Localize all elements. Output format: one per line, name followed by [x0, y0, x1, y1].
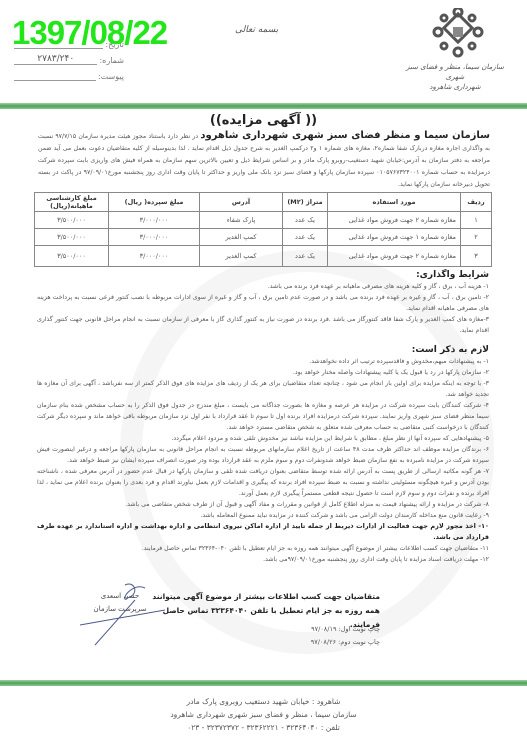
conditions-heading: شرایط واگذاری:: [37, 270, 489, 281]
footer-phone: تلفن : ۳۲۳۶۴۰۴۰ - ۳۲۳۶۲۲۲۱ - ۳۲۳۷۲۳۷۲ - …: [0, 721, 527, 734]
notes-section: لازم به ذکر است: ۱- به پیشنهادات مبهم،مخ…: [37, 345, 489, 565]
note-item: ۸- شرکت در مزایده و ارائه پیشنهاد قیمت ب…: [37, 499, 489, 510]
table-header: ردیف مورد استفاده متراژ (M۲) آدرس مبلغ س…: [35, 193, 492, 212]
note-item: ۲- سازمان پارکها در رد یا قبول یک یا کلی…: [37, 367, 489, 378]
signature-icon: [65, 580, 175, 650]
table-row: ۲ مغازه شماره ۱ جهت فروش مواد غذایی یک ع…: [35, 229, 492, 246]
footer-address: شاهرود : خیابان شهید دستغیب روبروی پارک …: [0, 695, 527, 708]
number-row: شماره: ۲۷۸۳/۲۴۰: [14, 49, 124, 65]
header-band: [0, 103, 527, 109]
print-date-first: چاپ نوبت اول: ۹۷/۰۸/۱۹: [270, 625, 380, 633]
note-item: ۱۱- متقاضیان جهت کسب اطلاعات بیشتر از مو…: [37, 543, 489, 554]
note-item: ۷- هر گونه مکاتبه ارسالی از طریق پست به …: [37, 466, 489, 499]
date-stamp: 1397/08/22: [12, 16, 167, 49]
table-row: ۱ مغازه شماره ۲ جهت فروش مواد غذایی یک ع…: [35, 212, 492, 229]
note-item: ۵- پیشنهادهایی که سپرده آنها از نظر مبلغ…: [37, 433, 489, 444]
note-item: ۱۲- مهلت دریافت اسناد مزایده تا پایان وق…: [37, 554, 489, 565]
condition-item: ۱- هزینه آب ، برق ، گاز و کلیه هزینه های…: [37, 281, 489, 292]
notice-intro: سازمان سیما و منظر فضای سبز شهری شهرداری…: [38, 130, 490, 191]
note-item: ۳- با توجه به اینکه مزایده برای اولین با…: [37, 378, 489, 400]
conditions-section: شرایط واگذاری: ۱- هزینه آب ، برق ، گاز و…: [37, 270, 489, 336]
note-item: ۱۰- اخذ مجوز لازم جهت فعالیت از ادارات ذ…: [37, 521, 489, 543]
note-item: ۴- شرکت کنندگان بابت سپرده شرکت در مزاید…: [37, 400, 489, 433]
condition-item: ۲- تامین برق ، آب ، گاز و غیره بر عهده ف…: [37, 292, 489, 314]
org-bold-name: سازمان سیما و منظر فضای سبز شهری شهرداری…: [200, 130, 490, 141]
notice-title: (( آگهی مزایده)): [0, 113, 527, 128]
table-row: ۳ مغازه شماره ۲ جهت فروش مواد غذایی یک ع…: [35, 246, 492, 267]
footer: شاهرود : خیابان شهید دستغیب روبروی پارک …: [0, 695, 527, 734]
footer-band: [0, 680, 527, 686]
print-date-second: چاپ نوبت دوم: ۹۷/۰۸/۲۶: [270, 638, 380, 646]
basmala: بسمه تعالی: [235, 25, 278, 35]
condition-item: ۳-مغازه های کمپ الغدیر و پارک شفا فاقد ک…: [37, 314, 489, 336]
footer-org: سازمان سیما ، منظر و فضای سبز شهری شهردا…: [0, 708, 527, 721]
org-name: سازمان سیما، منظر و فضای سبز شهری شهردار…: [400, 62, 510, 92]
auction-items-table: ردیف مورد استفاده متراژ (M۲) آدرس مبلغ س…: [34, 192, 492, 267]
org-logo-icon: [428, 8, 488, 58]
notes-heading: لازم به ذکر است:: [37, 345, 489, 356]
attachment-row: پیوست:: [14, 65, 124, 81]
note-item: ۹- رعایت قانون منع مداخله کارمندان دولت …: [37, 510, 489, 521]
note-item: ۶- برندگان مزایده موظف اند حداکثر ظرف مد…: [37, 444, 489, 466]
signature-block: حسن اسعدی سرپرست سازمان: [65, 590, 175, 616]
note-item: ۱- به پیشنهادات مبهم،مخدوش و فاقدسپرده ت…: [37, 356, 489, 367]
